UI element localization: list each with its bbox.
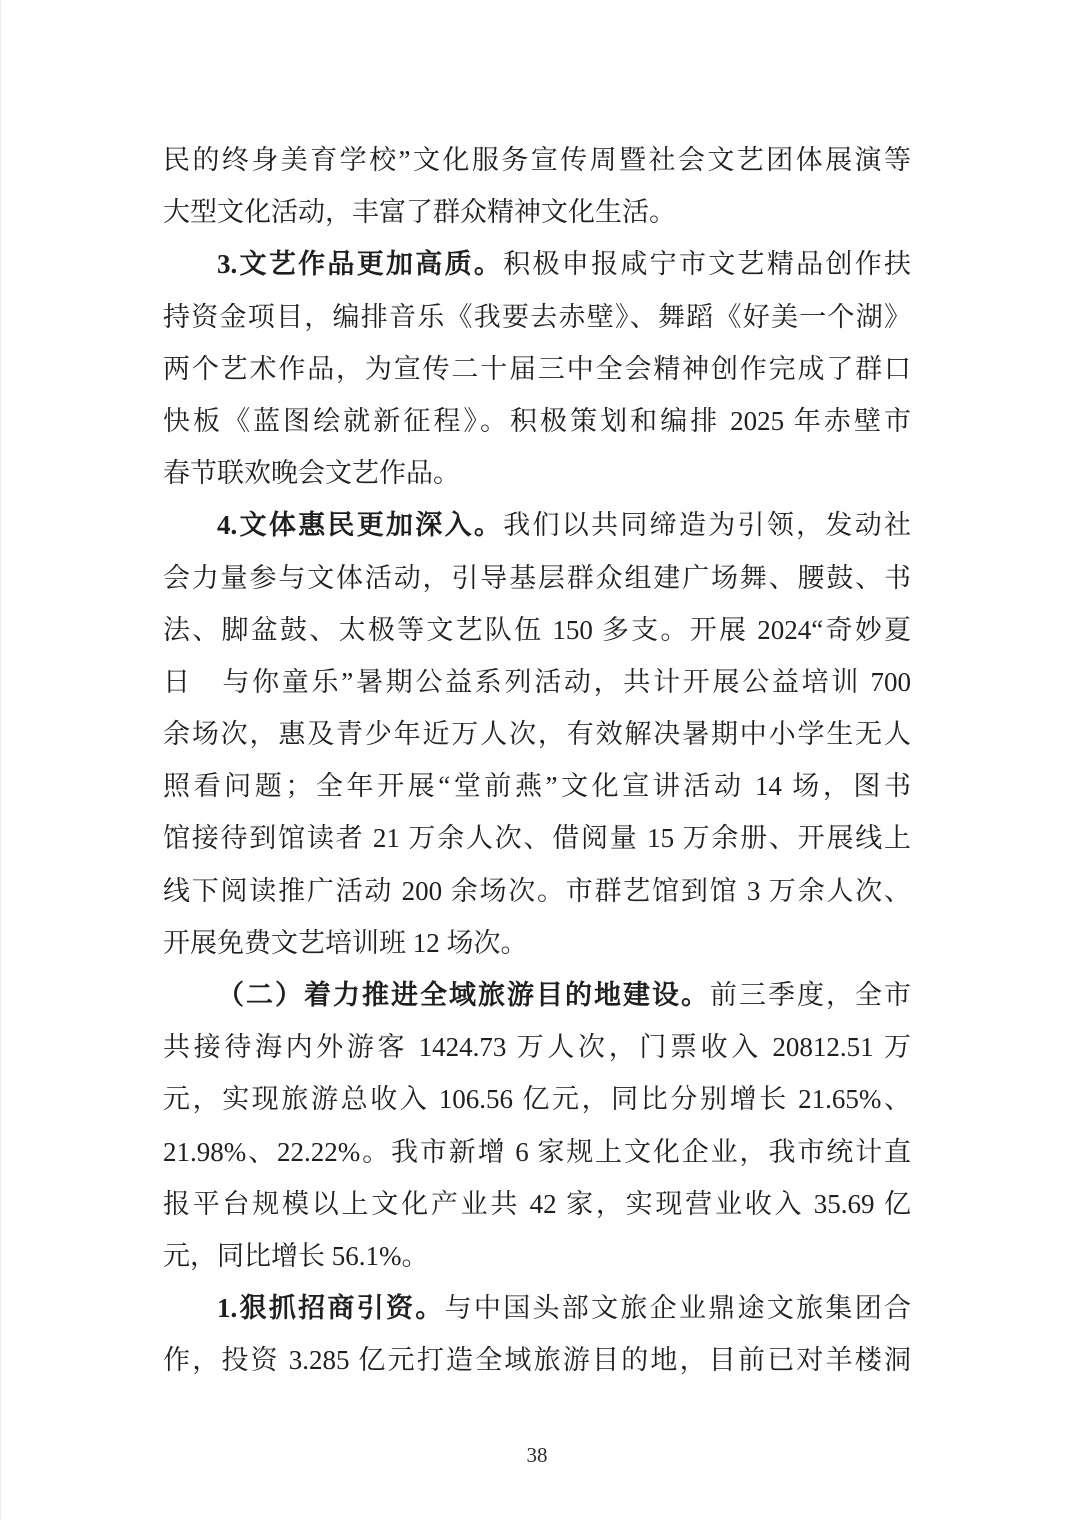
text-line: 余场次，惠及青少年近万人次，有效解决暑期中小学生无人	[163, 708, 911, 760]
text-segment: 积极申报咸宁市文艺精品创作扶	[503, 249, 911, 279]
text-segment: 开展免费文艺培训班 12 场次。	[163, 928, 528, 958]
text-block: 民的终身美育学校”文化服务宣传周暨社会文艺团体展演等大型文化活动，丰富了群众精神…	[163, 134, 911, 1387]
heading-segment: （二）着力推进全域旅游目的地建设。	[217, 980, 710, 1010]
text-line: 春节联欢晚会文艺作品。	[163, 447, 911, 499]
document-page: 民的终身美育学校”文化服务宣传周暨社会文艺团体展演等大型文化活动，丰富了群众精神…	[0, 0, 1074, 1520]
text-line: 民的终身美育学校”文化服务宣传周暨社会文艺团体展演等	[163, 134, 911, 186]
text-segment: 两个艺术作品，为宣传二十届三中全会精神创作完成了群口	[163, 354, 911, 384]
text-line: 大型文化活动，丰富了群众精神文化生活。	[163, 186, 911, 238]
text-segment: 大型文化活动，丰富了群众精神文化生活。	[163, 197, 676, 227]
text-segment: 我们以共同缔造为引领，发动社	[503, 510, 911, 540]
text-segment: 线下阅读推广活动 200 余场次。市群艺馆到馆 3 万余人次、	[163, 876, 911, 906]
text-line: 照看问题；全年开展“堂前燕”文化宣讲活动 14 场，图书	[163, 760, 911, 812]
page-number: 38	[163, 1440, 911, 1470]
text-line: 21.98%、22.22%。我市新增 6 家规上文化企业，我市统计直	[163, 1126, 911, 1178]
text-line: 两个艺术作品，为宣传二十届三中全会精神创作完成了群口	[163, 343, 911, 395]
text-segment: 前三季度，全市	[710, 980, 911, 1010]
text-line: 会力量参与文体活动，引导基层群众组建广场舞、腰鼓、书	[163, 552, 911, 604]
text-segment: 作，投资 3.285 亿元打造全域旅游目的地，目前已对羊楼洞	[163, 1345, 911, 1375]
text-line: 元，同比增长 56.1%。	[163, 1230, 911, 1282]
text-segment: 馆接待到馆读者 21 万余人次、借阅量 15 万余册、开展线上	[163, 823, 911, 853]
text-segment: 会力量参与文体活动，引导基层群众组建广场舞、腰鼓、书	[163, 563, 911, 593]
text-segment: 共接待海内外游客 1424.73 万人次，门票收入 20812.51 万	[163, 1032, 911, 1062]
text-segment: 照看问题；全年开展“堂前燕”文化宣讲活动 14 场，图书	[163, 771, 911, 801]
heading-segment: 1.狠抓招商引资。	[217, 1293, 445, 1323]
text-segment: 与中国头部文旅企业鼎途文旅集团合	[445, 1293, 911, 1323]
text-line: 元，实现旅游总收入 106.56 亿元，同比分别增长 21.65%、	[163, 1073, 911, 1125]
text-line: 快板《蓝图绘就新征程》。积极策划和编排 2025 年赤壁市	[163, 395, 911, 447]
text-line: 共接待海内外游客 1424.73 万人次，门票收入 20812.51 万	[163, 1021, 911, 1073]
heading-segment: 4.文体惠民更加深入。	[217, 510, 503, 540]
text-segment: 春节联欢晚会文艺作品。	[163, 458, 460, 488]
text-line: 馆接待到馆读者 21 万余人次、借阅量 15 万余册、开展线上	[163, 812, 911, 864]
text-line: 法、脚盆鼓、太极等文艺队伍 150 多支。开展 2024“奇妙夏	[163, 604, 911, 656]
text-segment: 持资金项目，编排音乐《我要去赤壁》、舞蹈《好美一个湖》	[163, 302, 911, 332]
text-segment: 元，同比增长 56.1%。	[163, 1241, 429, 1271]
text-segment: 21.98%、22.22%。我市新增 6 家规上文化企业，我市统计直	[163, 1137, 911, 1167]
text-line: 4.文体惠民更加深入。我们以共同缔造为引领，发动社	[163, 499, 911, 551]
text-line: 报平台规模以上文化产业共 42 家，实现营业收入 35.69 亿	[163, 1178, 911, 1230]
heading-segment: 3.文艺作品更加高质。	[217, 249, 503, 279]
text-line: 线下阅读推广活动 200 余场次。市群艺馆到馆 3 万余人次、	[163, 865, 911, 917]
text-line: 开展免费文艺培训班 12 场次。	[163, 917, 911, 969]
text-segment: 报平台规模以上文化产业共 42 家，实现营业收入 35.69 亿	[163, 1189, 911, 1219]
text-line: 1.狠抓招商引资。与中国头部文旅企业鼎途文旅集团合	[163, 1282, 911, 1334]
text-segment: 元，实现旅游总收入 106.56 亿元，同比分别增长 21.65%、	[163, 1084, 911, 1114]
text-segment: 民的终身美育学校”文化服务宣传周暨社会文艺团体展演等	[163, 145, 911, 175]
text-segment: 余场次，惠及青少年近万人次，有效解决暑期中小学生无人	[163, 719, 911, 749]
text-segment: 日 与你童乐”暑期公益系列活动，共计开展公益培训 700	[163, 667, 911, 697]
text-line: 日 与你童乐”暑期公益系列活动，共计开展公益培训 700	[163, 656, 911, 708]
text-line: 3.文艺作品更加高质。积极申报咸宁市文艺精品创作扶	[163, 238, 911, 290]
text-segment: 法、脚盆鼓、太极等文艺队伍 150 多支。开展 2024“奇妙夏	[163, 615, 911, 645]
text-segment: 快板《蓝图绘就新征程》。积极策划和编排 2025 年赤壁市	[163, 406, 911, 436]
text-line: 作，投资 3.285 亿元打造全域旅游目的地，目前已对羊楼洞	[163, 1334, 911, 1386]
text-line: 持资金项目，编排音乐《我要去赤壁》、舞蹈《好美一个湖》	[163, 291, 911, 343]
text-line: （二）着力推进全域旅游目的地建设。前三季度，全市	[163, 969, 911, 1021]
